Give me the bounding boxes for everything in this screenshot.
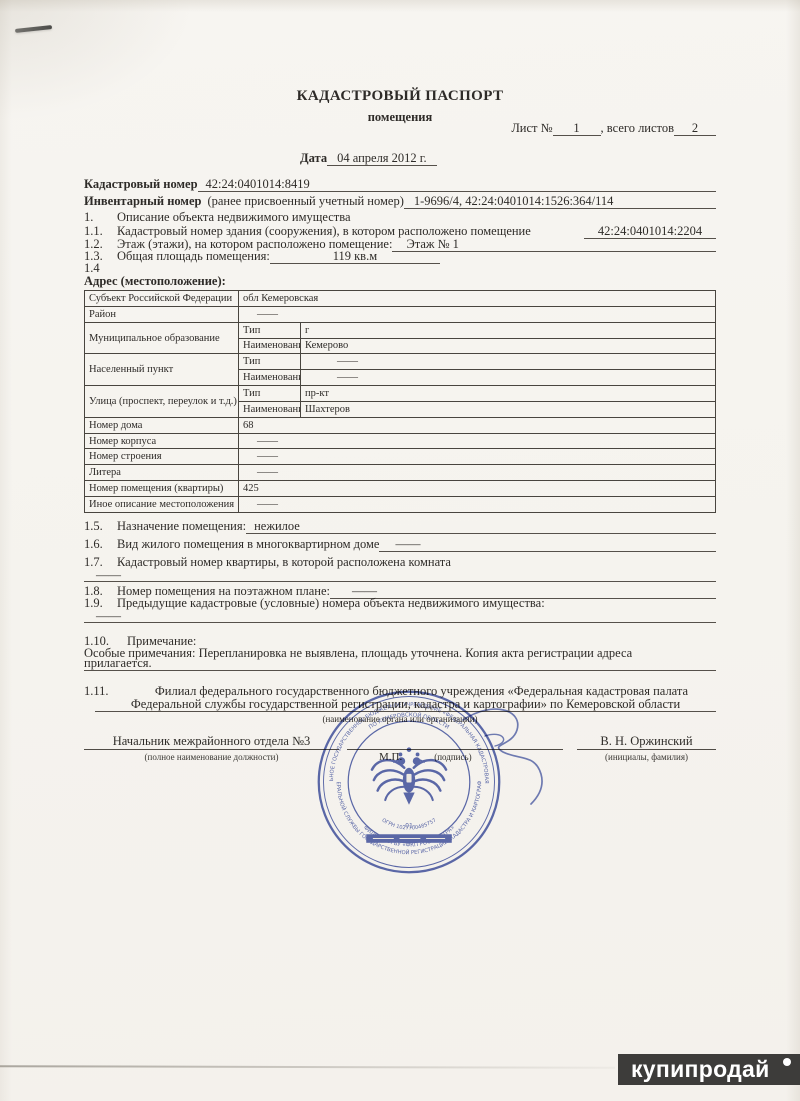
item-1-6-value: —— (379, 537, 716, 552)
item-1-7-no: 1.7. (84, 555, 117, 569)
item-1-5-no: 1.5. (84, 519, 117, 533)
item-1-7: 1.7. Кадастровый номер квартиры, в котор… (84, 555, 716, 569)
item-1-6-label: Вид жилого помещения в многоквартирном д… (117, 537, 379, 551)
table-row: Населенный пункт Тип —— (85, 354, 716, 370)
address-letter-label: Литера (85, 465, 239, 481)
item-1-label: Описание объекта недвижимого имущества (117, 210, 351, 224)
address-apartment-label: Номер помещения (квартиры) (85, 481, 239, 497)
signature-position-block: Начальник межрайонного отдела №3 (полное… (84, 734, 339, 762)
address-street-name: Шахтеров (301, 401, 716, 417)
table-row: Номер помещения (квартиры) 425 (85, 481, 716, 497)
item-1-10-note-line2: прилагается. (84, 656, 716, 671)
item-1-6: 1.6. Вид жилого помещения в многоквартир… (84, 537, 716, 552)
address-type-label: Тип (239, 386, 301, 402)
table-row: Субъект Российской Федерации обл Кемеров… (85, 291, 716, 307)
cadastral-number-value: 42:24:0401014:8419 (198, 177, 716, 192)
address-street-label: Улица (проспект, переулок и т.д.) (85, 386, 239, 418)
inventory-number-note: (ранее присвоенный учетный номер) (201, 194, 403, 208)
sheet-number: 1 (553, 121, 601, 136)
item-1-7-value: —— (84, 568, 716, 582)
address-district-value: —— (239, 306, 716, 322)
address-subject-label: Субъект Российской Федерации (85, 291, 239, 307)
address-other-label: Иное описание местоположения (85, 496, 239, 512)
table-row: Улица (проспект, переулок и т.д.) Тип пр… (85, 386, 716, 402)
table-row: Номер строения —— (85, 449, 716, 465)
double-headed-eagle-icon (372, 747, 446, 804)
signature-position: Начальник межрайонного отдела №3 (84, 734, 339, 750)
address-settlement-name: —— (301, 370, 716, 386)
signature-name: В. Н. Оржинский (577, 734, 716, 750)
cadastral-passport-page: КАДАСТРОВЫЙ ПАСПОРТ помещения Лист № 1 ,… (0, 0, 800, 1101)
address-name-label: Наименование (239, 401, 301, 417)
cadastral-number-line: Кадастровый номер 42:24:0401014:8419 (84, 177, 716, 192)
item-1-6-no: 1.6. (84, 537, 117, 551)
address-municipality-label: Муниципальное образование (85, 322, 239, 354)
address-municipality-name: Кемерово (301, 338, 716, 354)
watermark-logo: купипродай (618, 1054, 800, 1085)
paper-crease (0, 1065, 615, 1069)
address-building-label: Номер корпуса (85, 433, 239, 449)
sheet-total: 2 (674, 121, 716, 136)
inventory-number-value: 1-9696/4, 42:24:0401014:1526:364/114 (404, 194, 716, 209)
address-apartment-value: 425 (239, 481, 716, 497)
table-row: Иное описание местоположения —— (85, 496, 716, 512)
sheet-total-label: , всего листов (601, 121, 674, 135)
item-1-no: 1. (84, 210, 117, 224)
watermark-label: купипродай (631, 1056, 770, 1083)
item-1-1-label: Кадастровый номер здания (сооружения), в… (117, 224, 531, 238)
sheet-line: Лист № 1 , всего листов 2 (84, 121, 716, 136)
address-house-label: Номер дома (85, 417, 239, 433)
address-type-label: Тип (239, 354, 301, 370)
inventory-number-label: Инвентарный номер (84, 194, 201, 208)
inventory-number-line: Инвентарный номер (ранее присвоенный уче… (84, 194, 716, 209)
address-structure-label: Номер строения (85, 449, 239, 465)
signature-name-block: В. Н. Оржинский (инициалы, фамилия) (577, 734, 716, 762)
address-structure-value: —— (239, 449, 716, 465)
address-house-value: 68 (239, 417, 716, 433)
address-heading: Адрес (местоположение): (84, 274, 716, 288)
handwritten-signature (445, 692, 570, 810)
item-1-9: 1.9. Предыдущие кадастровые (условные) н… (84, 596, 716, 610)
item-1-11-no: 1.11. (84, 684, 127, 698)
table-row: Номер дома 68 (85, 417, 716, 433)
item-1-9-no: 1.9. (84, 596, 117, 610)
cadastral-number-label: Кадастровый номер (84, 177, 198, 191)
pen-mark (15, 25, 52, 32)
item-1-5: 1.5. Назначение помещения: нежилое (84, 519, 716, 534)
address-municipality-type: г (301, 322, 716, 338)
address-other-value: —— (239, 496, 716, 512)
address-letter-value: —— (239, 465, 716, 481)
item-1-5-value: нежилое (246, 519, 716, 534)
date-line: Дата 04 апреля 2012 г. (84, 151, 716, 166)
address-street-type: пр-кт (301, 386, 716, 402)
item-1-5-label: Назначение помещения: (117, 519, 246, 533)
item-1-7-label: Кадастровый номер квартиры, в которой ра… (117, 555, 451, 569)
signature-name-caption: (инициалы, фамилия) (577, 752, 716, 762)
address-type-label: Тип (239, 322, 301, 338)
table-row: Литера —— (85, 465, 716, 481)
item-1-1-no: 1.1. (84, 224, 117, 238)
stamp-code-text: -01- (403, 823, 415, 830)
document-title: КАДАСТРОВЫЙ ПАСПОРТ (84, 88, 716, 105)
table-row: Район —— (85, 306, 716, 322)
address-name-label: Наименование (239, 338, 301, 354)
date-label: Дата (300, 151, 327, 165)
item-1-9-label: Предыдущие кадастровые (условные) номера… (117, 596, 545, 610)
address-district-label: Район (85, 306, 239, 322)
signature-position-caption: (полное наименование должности) (84, 752, 339, 762)
table-row: Номер корпуса —— (85, 433, 716, 449)
date-value: 04 апреля 2012 г. (327, 151, 437, 166)
item-1-9-value: —— (84, 609, 716, 623)
address-settlement-type: —— (301, 354, 716, 370)
sheet-label: Лист № (511, 121, 552, 135)
item-1-4: 1.4 (84, 261, 716, 275)
table-row: Муниципальное образование Тип г (85, 322, 716, 338)
address-settlement-label: Населенный пункт (85, 354, 239, 386)
address-table: Субъект Российской Федерации обл Кемеров… (84, 290, 716, 513)
address-subject-value: обл Кемеровская (239, 291, 716, 307)
item-1-4-no: 1.4 (84, 261, 117, 275)
address-name-label: Наименование (239, 370, 301, 386)
item-1: 1. Описание объекта недвижимого имуществ… (84, 210, 716, 224)
address-building-value: —— (239, 433, 716, 449)
watermark-dot-icon (783, 1058, 791, 1066)
